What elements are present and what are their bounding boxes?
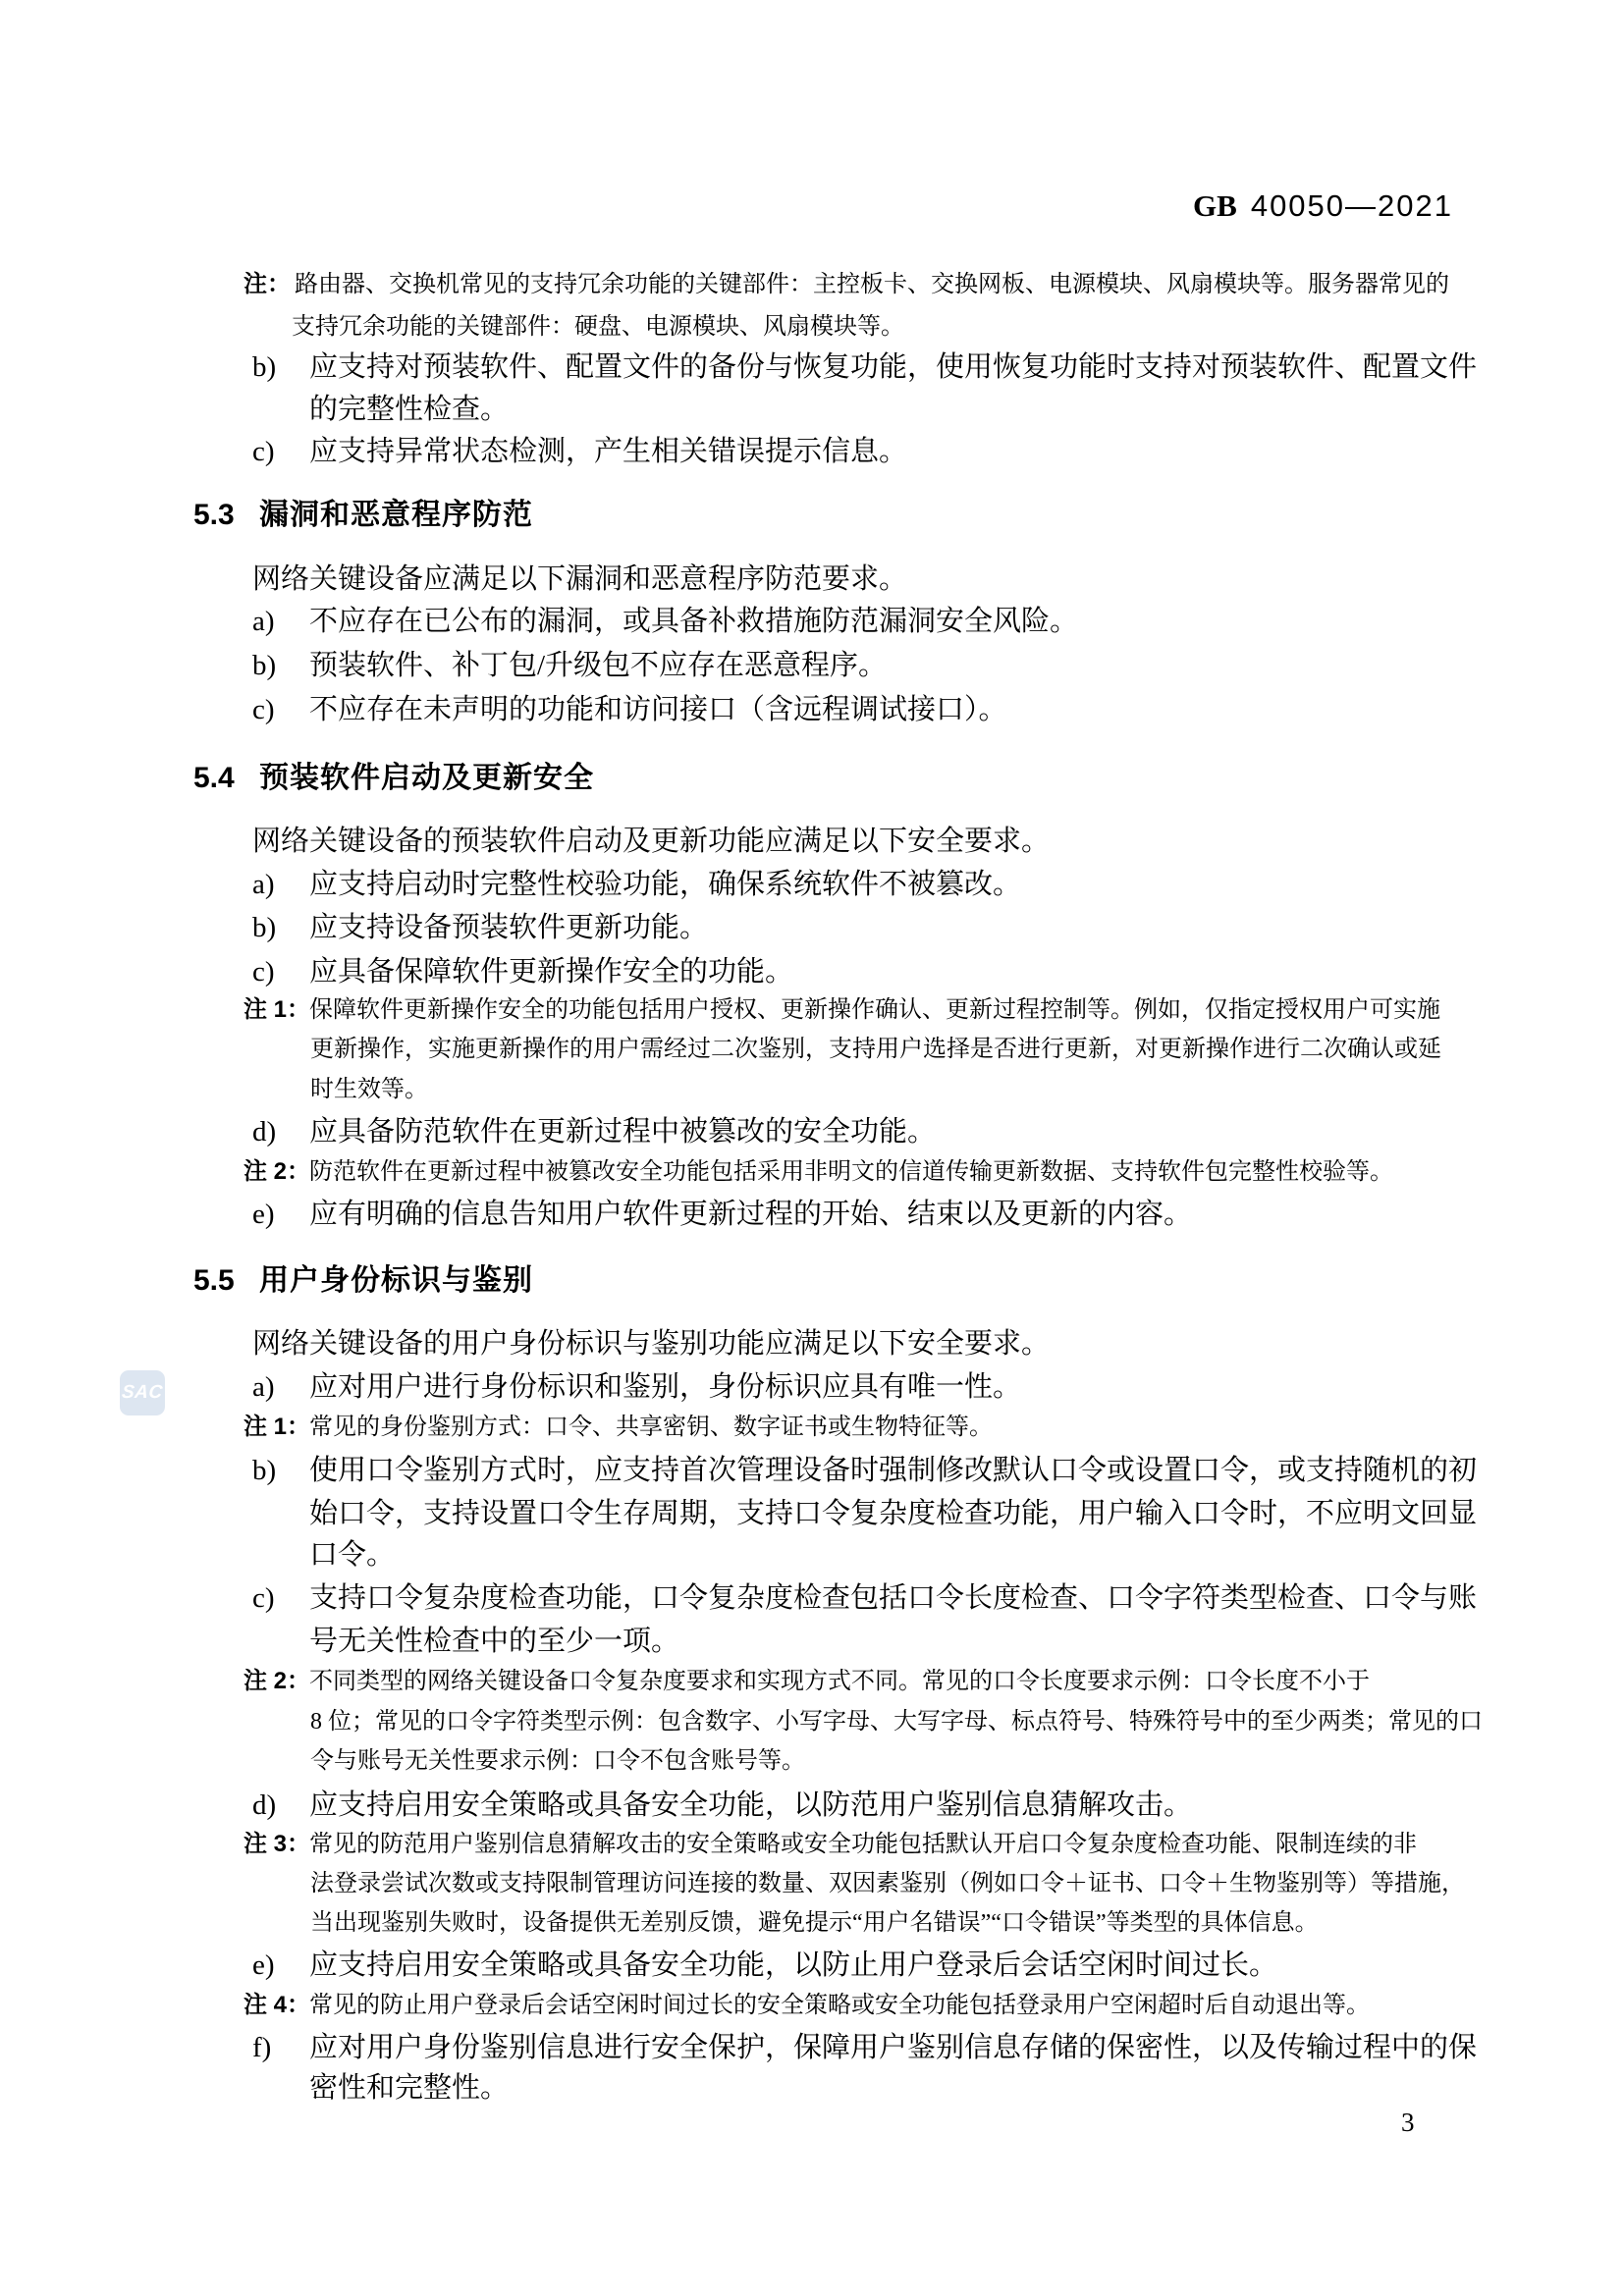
list-item-text: 应支持启用安全策略或具备安全功能，以防范用户鉴别信息猜解攻击。 [309,1789,1192,1821]
list-item-line: b)应支持设备预装软件更新功能。 [252,914,708,942]
note-line: 注：路由器、交换机常见的支持冗余功能的关键部件：主控板卡、交换网板、电源模块、风… [244,273,1449,296]
note-text: 更新操作，实施更新操作的用户需经过二次鉴别，支持用户选择是否进行更新，对更新操作… [310,1037,1441,1062]
list-item-text: 的完整性检查。 [309,394,509,425]
paragraph-text: 网络关键设备应满足以下漏洞和恶意程序防范要求。 [252,563,907,595]
list-item-continuation: 的完整性检查。 [309,396,509,424]
note-text: 常见的身份鉴别方式：口令、共享密钥、数字证书或生物特征等。 [309,1415,993,1440]
list-item-continuation: 始口令，支持设置口令生存周期，支持口令复杂度检查功能，用户输入口令时，不应明文回… [309,1500,1477,1528]
list-item-text: 应支持异常状态检测，产生相关错误提示信息。 [309,436,907,467]
note-line: 注 1：常见的身份鉴别方式：口令、共享密钥、数字证书或生物特征等。 [244,1415,993,1439]
list-item-text: 应对用户进行身份标识和鉴别，身份标识应具有唯一性。 [309,1371,1021,1403]
list-item-line: d)应具备防范软件在更新过程中被篡改的安全功能。 [252,1118,936,1147]
list-item-text: 不应存在已公布的漏洞，或具备补救措施防范漏洞安全风险。 [309,606,1078,637]
list-item-label: b) [252,353,309,382]
section-number: 5.3 [193,501,259,530]
note-text: 路由器、交换机常见的支持冗余功能的关键部件：主控板卡、交换网板、电源模块、风扇模… [295,272,1449,297]
note-line: 注 3：常见的防范用户鉴别信息猜解攻击的安全策略或安全功能包括默认开启口令复杂度… [244,1833,1417,1856]
paragraph-line: 网络关键设备的预装软件启动及更新功能应满足以下安全要求。 [252,828,1050,856]
note-text: 常见的防止用户登录后会话空闲时间过长的安全策略或安全功能包括登录用户空闲超时后自… [309,1993,1370,2018]
list-item-label: b) [252,914,309,942]
list-item-label: f) [252,2034,309,2062]
sac-watermark-logo: SAC [120,1370,165,1415]
list-item-line: e)应支持启用安全策略或具备安全功能，以防止用户登录后会话空闲时间过长。 [252,1951,1277,1980]
page-number: 3 [1401,2109,1415,2136]
note-continuation: 法登录尝试次数或支持限制管理访问连接的数量、双因素鉴别（例如口令＋证书、口令＋生… [310,1872,1465,1896]
list-item-label: c) [252,696,309,724]
list-item-line: c)应支持异常状态检测，产生相关错误提示信息。 [252,438,907,466]
note-continuation: 时生效等。 [310,1078,428,1101]
note-text: 支持冗余功能的关键部件：硬盘、电源模块、风扇模块等。 [292,314,904,340]
section-heading-5-4: 5.4预装软件启动及更新安全 [193,764,594,793]
list-item-line: c)不应存在未声明的功能和访问接口（含远程调试接口）。 [252,696,1007,724]
list-item-line: b)应支持对预装软件、配置文件的备份与恢复功能，使用恢复功能时支持对预装软件、配… [252,353,1477,382]
note-label: 注 4： [244,1994,309,2017]
list-item-label: a) [252,608,309,636]
note-label: 注 2： [244,1670,309,1693]
standard-number: 40050—2021 [1251,188,1453,223]
note-text: 8 位；常见的口令字符类型示例：包含数字、小写字母、大写字母、标点符号、特殊符号… [310,1709,1483,1735]
section-title: 预装软件启动及更新安全 [259,762,594,794]
list-item-text: 使用口令鉴别方式时，应支持首次管理设备时强制修改默认口令或设置口令，或支持随机的… [309,1455,1477,1486]
list-item-text: 始口令，支持设置口令生存周期，支持口令复杂度检查功能，用户输入口令时，不应明文回… [309,1498,1477,1529]
paragraph-line: 网络关键设备应满足以下漏洞和恶意程序防范要求。 [252,565,907,594]
section-number: 5.4 [193,764,259,793]
note-line: 注 1：保障软件更新操作安全的功能包括用户授权、更新操作确认、更新过程控制等。例… [244,998,1440,1022]
list-item-label: a) [252,871,309,899]
section-title: 漏洞和恶意程序防范 [259,499,533,531]
section-title: 用户身份标识与鉴别 [259,1264,533,1297]
list-item-line: a)不应存在已公布的漏洞，或具备补救措施防范漏洞安全风险。 [252,608,1078,636]
list-item-line: d)应支持启用安全策略或具备安全功能，以防范用户鉴别信息猜解攻击。 [252,1791,1192,1820]
note-text: 常见的防范用户鉴别信息猜解攻击的安全策略或安全功能包括默认开启口令复杂度检查功能… [309,1832,1417,1857]
note-continuation: 令与账号无关性要求示例：口令不包含账号等。 [310,1749,805,1773]
list-item-text: 应支持设备预装软件更新功能。 [309,912,708,943]
list-item-label: c) [252,1584,309,1613]
list-item-continuation: 号无关性检查中的至少一项。 [309,1628,679,1656]
list-item-label: d) [252,1118,309,1147]
note-label: 注 1： [244,1415,309,1439]
paragraph-text: 网络关键设备的用户身份标识与鉴别功能应满足以下安全要求。 [252,1328,1050,1360]
note-text: 防范软件在更新过程中被篡改安全功能包括采用非明文的信道传输更新数据、支持软件包完… [309,1159,1393,1185]
note-text: 保障软件更新操作安全的功能包括用户授权、更新操作确认、更新过程控制等。例如，仅指… [309,997,1440,1023]
note-text: 令与账号无关性要求示例：口令不包含账号等。 [310,1748,805,1774]
list-item-label: b) [252,652,309,680]
list-item-text: 应支持对预装软件、配置文件的备份与恢复功能，使用恢复功能时支持对预装软件、配置文… [309,351,1477,383]
list-item-text: 应支持启用安全策略或具备安全功能，以防止用户登录后会话空闲时间过长。 [309,1949,1277,1981]
note-line: 注 2：不同类型的网络关键设备口令复杂度要求和实现方式不同。常见的口令长度要求示… [244,1670,1370,1693]
list-item-text: 应具备防范软件在更新过程中被篡改的安全功能。 [309,1116,936,1148]
standard-code: GB [1193,188,1237,223]
list-item-continuation: 密性和完整性。 [309,2074,509,2103]
note-text: 法登录尝试次数或支持限制管理访问连接的数量、双因素鉴别（例如口令＋证书、口令＋生… [310,1871,1465,1896]
list-item-label: b) [252,1457,309,1485]
note-label: 注： [244,273,295,296]
note-label: 注 1： [244,998,309,1022]
list-item-text: 支持口令复杂度检查功能，口令复杂度检查包括口令长度检查、口令字符类型检查、口令与… [309,1582,1477,1614]
list-item-text: 应具备保障软件更新操作安全的功能。 [309,956,793,988]
section-heading-5-5: 5.5用户身份标识与鉴别 [193,1266,533,1296]
note-text: 当出现鉴别失败时，设备提供无差别反馈，避免提示“用户名错误”“口令错误”等类型的… [310,1910,1319,1936]
list-item-label: a) [252,1373,309,1402]
list-item-label: d) [252,1791,309,1820]
list-item-text: 应有明确的信息告知用户软件更新过程的开始、结束以及更新的内容。 [309,1199,1192,1230]
list-item-label: e) [252,1201,309,1229]
list-item-text: 不应存在未声明的功能和访问接口（含远程调试接口）。 [309,694,1007,725]
page-header-standard-id: GB40050—2021 [1193,190,1453,221]
list-item-label: c) [252,438,309,466]
section-number: 5.5 [193,1266,259,1296]
note-continuation: 当出现鉴别失败时，设备提供无差别反馈，避免提示“用户名错误”“口令错误”等类型的… [310,1911,1319,1935]
list-item-line: b)使用口令鉴别方式时，应支持首次管理设备时强制修改默认口令或设置口令，或支持随… [252,1457,1477,1485]
list-item-line: b)预装软件、补丁包/升级包不应存在恶意程序。 [252,652,887,680]
note-continuation: 更新操作，实施更新操作的用户需经过二次鉴别，支持用户选择是否进行更新，对更新操作… [310,1038,1441,1061]
list-item-line: e)应有明确的信息告知用户软件更新过程的开始、结束以及更新的内容。 [252,1201,1192,1229]
note-continuation: 8 位；常见的口令字符类型示例：包含数字、小写字母、大写字母、标点符号、特殊符号… [310,1710,1483,1734]
note-label: 注 2： [244,1160,309,1184]
section-heading-5-3: 5.3漏洞和恶意程序防范 [193,501,533,530]
note-text: 时生效等。 [310,1077,428,1102]
note-line: 注 2：防范软件在更新过程中被篡改安全功能包括采用非明文的信道传输更新数据、支持… [244,1160,1393,1184]
list-item-text: 密性和完整性。 [309,2072,509,2104]
list-item-line: f)应对用户身份鉴别信息进行安全保护，保障用户鉴别信息存储的保密性，以及传输过程… [252,2034,1477,2062]
list-item-label: c) [252,958,309,987]
watermark-text: SAC [121,1382,164,1404]
list-item-text: 预装软件、补丁包/升级包不应存在恶意程序。 [309,650,887,681]
list-item-text: 口令。 [309,1539,395,1571]
list-item-line: c)应具备保障软件更新操作安全的功能。 [252,958,793,987]
list-item-text: 号无关性检查中的至少一项。 [309,1626,679,1657]
note-text: 不同类型的网络关键设备口令复杂度要求和实现方式不同。常见的口令长度要求示例：口令… [309,1669,1370,1694]
paragraph-text: 网络关键设备的预装软件启动及更新功能应满足以下安全要求。 [252,826,1050,857]
list-item-text: 应支持启动时完整性校验功能，确保系统软件不被篡改。 [309,869,1021,900]
paragraph-line: 网络关键设备的用户身份标识与鉴别功能应满足以下安全要求。 [252,1330,1050,1359]
list-item-continuation: 口令。 [309,1541,395,1570]
note-line: 注 4：常见的防止用户登录后会话空闲时间过长的安全策略或安全功能包括登录用户空闲… [244,1994,1370,2017]
note-continuation: 支持冗余功能的关键部件：硬盘、电源模块、风扇模块等。 [292,315,904,339]
list-item-line: c)支持口令复杂度检查功能，口令复杂度检查包括口令长度检查、口令字符类型检查、口… [252,1584,1477,1613]
list-item-line: a)应对用户进行身份标识和鉴别，身份标识应具有唯一性。 [252,1373,1021,1402]
list-item-label: e) [252,1951,309,1980]
list-item-text: 应对用户身份鉴别信息进行安全保护，保障用户鉴别信息存储的保密性，以及传输过程中的… [309,2032,1477,2063]
note-label: 注 3： [244,1833,309,1856]
list-item-line: a)应支持启动时完整性校验功能，确保系统软件不被篡改。 [252,871,1021,899]
document-page: GB40050—2021 注：路由器、交换机常见的支持冗余功能的关键部件：主控板… [0,0,1624,2296]
